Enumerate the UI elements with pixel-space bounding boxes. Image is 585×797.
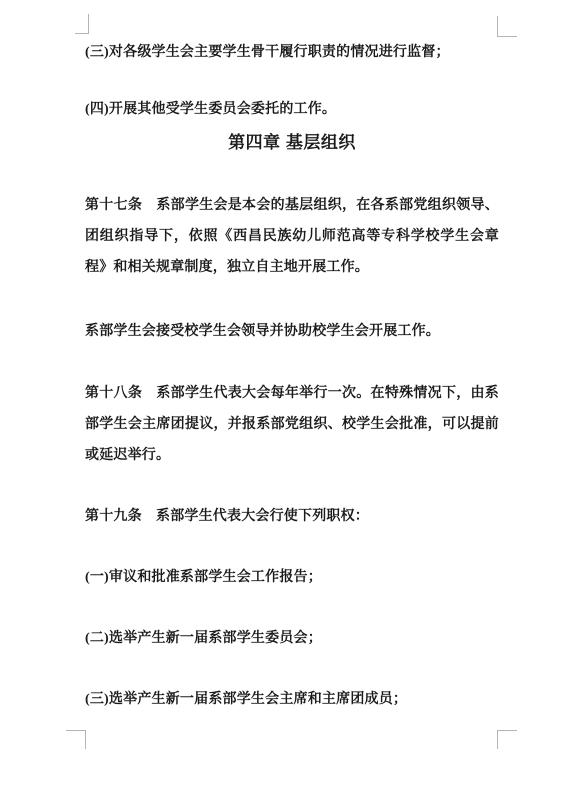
paragraph-duty-item-4: (四)开展其他受学生委员会委托的工作。 bbox=[85, 94, 499, 125]
document-page: (三)对各级学生会主要学生骨干履行职责的情况进行监督； (四)开展其他受学生委员… bbox=[0, 0, 585, 797]
paragraph-article-19: 第十九条 系部学生代表大会行使下列职权： bbox=[85, 501, 499, 532]
text-boundary-mark-top-right bbox=[497, 16, 517, 37]
chapter-heading: 第四章 基层组织 bbox=[85, 127, 499, 158]
paragraph-power-item-2: (二)选举产生新一届系部学生委员会； bbox=[85, 623, 499, 654]
paragraph-duty-item-3: (三)对各级学生会主要学生骨干履行职责的情况进行监督； bbox=[85, 37, 499, 68]
paragraph-article-18: 第十八条 系部学生代表大会每年举行一次。在特殊情况下，由系部学生会主席团提议，并… bbox=[85, 378, 499, 471]
text-boundary-mark-bottom-right bbox=[497, 730, 517, 749]
paragraph-power-item-3: (三)选举产生新一届系部学生会主席和主席团成员； bbox=[85, 684, 499, 715]
text-boundary-mark-bottom-left bbox=[66, 730, 86, 749]
paragraph-article-17: 第十七条 系部学生会是本会的基层组织，在各系部党组织领导、团组织指导下，依照《西… bbox=[85, 190, 499, 283]
text-boundary-mark-top-left bbox=[75, 14, 89, 34]
paragraph-article-17-sub: 系部学生会接受校学生会领导并协助校学生会开展工作。 bbox=[85, 316, 499, 347]
paragraph-power-item-1: (一)审议和批准系部学生会工作报告； bbox=[85, 562, 499, 593]
